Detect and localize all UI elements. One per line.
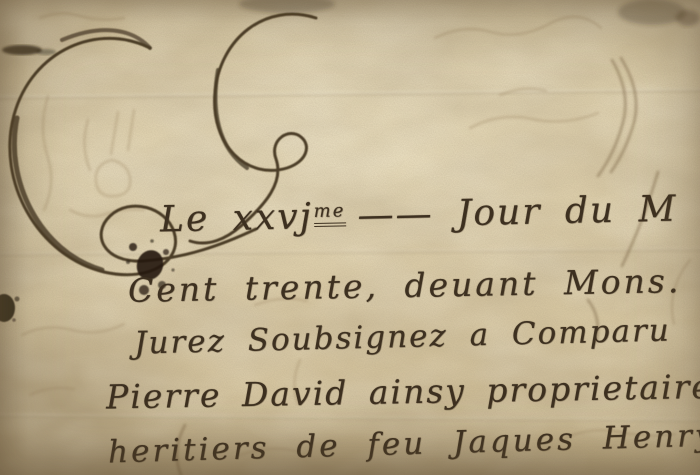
line1-rest: —— Jour du M xyxy=(357,189,678,237)
line1-lead: Le xxvj xyxy=(160,196,314,240)
ink-smudge-top-left xyxy=(2,45,56,55)
line1-ordinal-superscript: me xyxy=(313,200,345,227)
ink-smudge-top-right xyxy=(618,0,700,26)
ink-smudge-top-center xyxy=(239,0,335,13)
manuscript-page: Le xxvjme—— Jour du M Cent trente, deuan… xyxy=(0,0,700,475)
ink-blot-left-edge xyxy=(0,294,20,322)
